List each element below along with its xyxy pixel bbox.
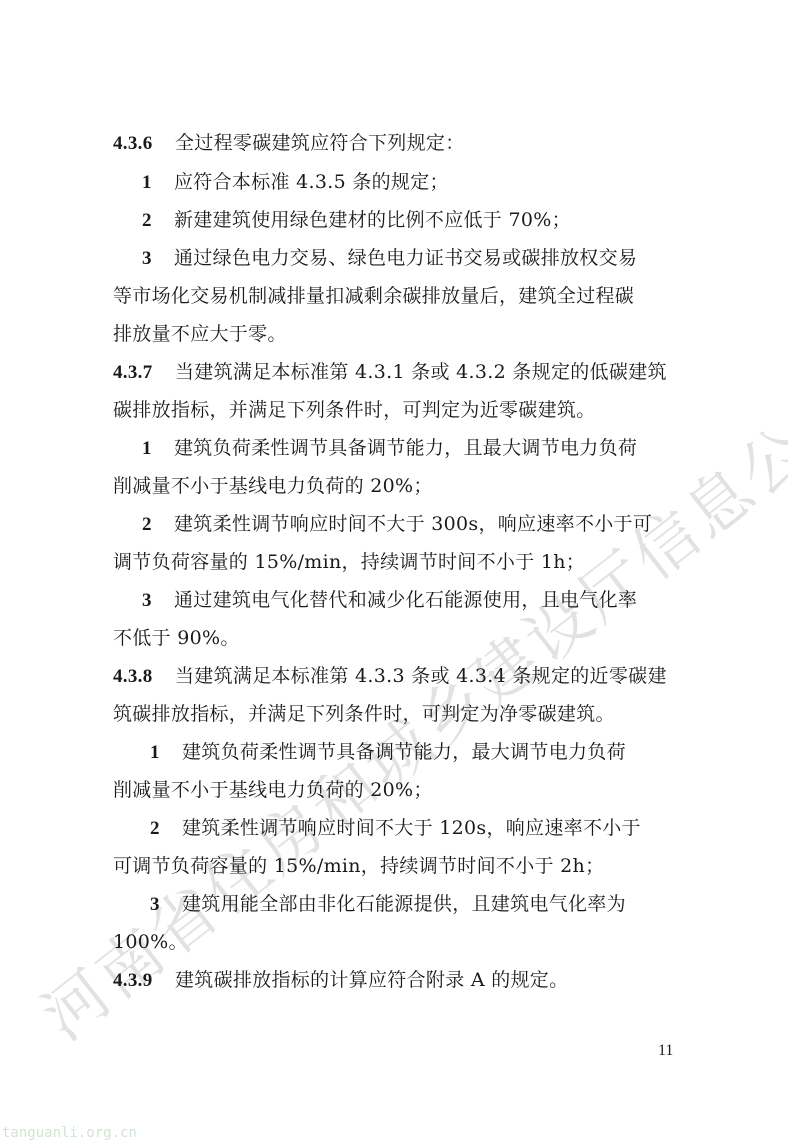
- clause-4-3-9: 4.3.9建筑碳排放指标的计算应符合附录 A 的规定。: [113, 968, 675, 993]
- text-line: 100%。: [113, 930, 675, 954]
- text-line: 筑碳排放指标，并满足下列条件时，可判定为净零碳建筑。: [113, 702, 675, 726]
- text-line: 调节负荷容量的 15%/min，持续调节时间不小于 1h；: [113, 550, 675, 574]
- clause-item: 1建筑负荷柔性调节具备调节能力，最大调节电力负荷: [150, 740, 675, 765]
- clause-item: 3通过绿色电力交易、绿色电力证书交易或碳排放权交易: [142, 246, 675, 271]
- watermark: 河南省住房和城乡建设厅信息公开浏览专用: [20, 190, 788, 1058]
- text-line: 碳排放指标，并满足下列条件时，可判定为近零碳建筑。: [113, 398, 675, 422]
- clause-4-3-6: 4.3.6全过程零碳建筑应符合下列规定：: [113, 131, 675, 156]
- document-page: 河南省住房和城乡建设厅信息公开浏览专用 4.3.6全过程零碳建筑应符合下列规定：…: [0, 0, 788, 1145]
- clause-item: 2建筑柔性调节响应时间不大于 120s，响应速率不小于: [150, 816, 675, 841]
- clause-item: 3通过建筑电气化替代和减少化石能源使用，且电气化率: [142, 588, 675, 613]
- text-line: 等市场化交易机制减排量扣减剩余碳排放量后，建筑全过程碳: [113, 284, 675, 308]
- text-line: 排放量不应大于零。: [113, 322, 675, 346]
- clause-item: 2新建建筑使用绿色建材的比例不应低于 70%；: [142, 208, 675, 233]
- text-line: 削减量不小于基线电力负荷的 20%；: [113, 778, 675, 802]
- text-line: 可调节负荷容量的 15%/min，持续调节时间不小于 2h；: [113, 854, 675, 878]
- clause-4-3-8: 4.3.8当建筑满足本标准第 4.3.3 条或 4.3.4 条规定的近零碳建: [113, 664, 675, 689]
- clause-item: 2建筑柔性调节响应时间不大于 300s，响应速率不小于可: [142, 512, 675, 537]
- clause-4-3-7: 4.3.7当建筑满足本标准第 4.3.1 条或 4.3.2 条规定的低碳建筑: [113, 360, 675, 385]
- clause-item: 1应符合本标准 4.3.5 条的规定；: [142, 170, 675, 195]
- page-number: 11: [658, 1042, 673, 1060]
- clause-item: 3建筑用能全部由非化石能源提供，且建筑电气化率为: [150, 892, 675, 917]
- site-watermark: tanguanli.org.cn: [2, 1125, 137, 1141]
- text-line: 削减量不小于基线电力负荷的 20%；: [113, 474, 675, 498]
- text-line: 不低于 90%。: [113, 626, 675, 650]
- clause-item: 1建筑负荷柔性调节具备调节能力，且最大调节电力负荷: [142, 436, 675, 461]
